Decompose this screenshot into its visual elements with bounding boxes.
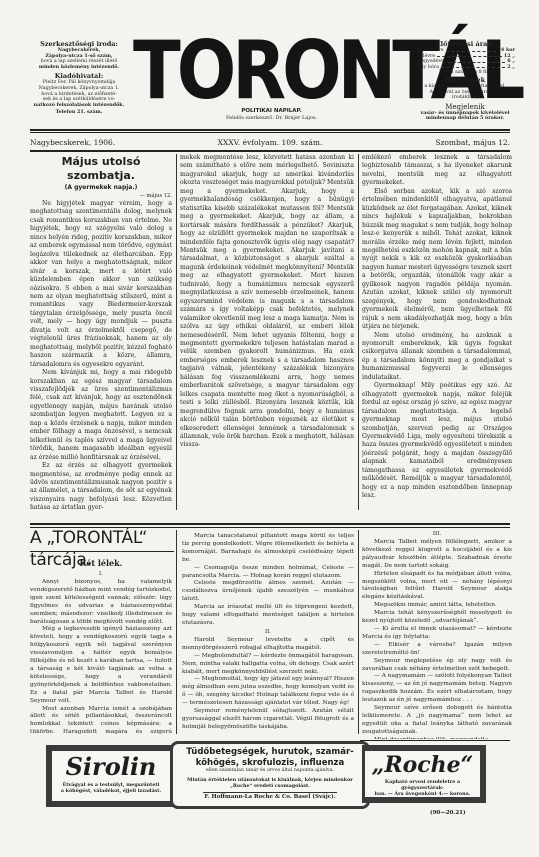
sirolin-advertisement: Sirolin Étvágyat és a testsúlyt, megszün…: [46, 745, 176, 807]
article-paragraph: mekek megmentése lesz, közvetett hatása …: [180, 154, 354, 450]
roche-medicine-advertisement: Tüdőbetegségek, hurutok, szamár- köhögés…: [170, 741, 370, 809]
part-numeral: II.: [182, 628, 354, 637]
phone-number: Telefon 21. szám.: [24, 110, 134, 116]
publisher-line: natkozó felszólalások intézendők.: [24, 103, 134, 109]
part-numeral: I.: [30, 570, 172, 579]
story-paragraph: Mint dzsentlmenhez illik, meggondolta: [362, 737, 512, 739]
price-value: 2 „: [507, 65, 515, 71]
story-paragraph: — Csomagolja össze minden holmimat, Cele…: [182, 565, 354, 581]
newspaper-subtitle: POLITIKAI NAPILAP.: [133, 107, 410, 115]
ad-line: „Roche“ eredeti csomagolást.: [173, 783, 367, 789]
feuilleton-column-1: Két lélek. I. Annyi bizonyos, ha valamel…: [30, 556, 172, 736]
masthead-rule: [30, 129, 510, 131]
editorial-office-line: minden közlemény intézendő.: [24, 65, 134, 71]
article-paragraph: Gyermeknap! Mily poétikus egy szó. Az el…: [362, 382, 512, 500]
story-paragraph: — A nagymamám — szólott folyékonyan Talb…: [362, 673, 512, 705]
story-paragraph: Hirtelen elsápadt és ha módjában állott …: [362, 571, 512, 603]
column-divider: [176, 154, 177, 510]
story-paragraph: Seymour szíve erősen dobogott és bántott…: [362, 705, 512, 737]
column-divider: [176, 530, 177, 734]
feuilleton-column-3: III. Marcia Talbot mélyen föllélegzett, …: [362, 530, 512, 739]
story-paragraph: Annyi bizonyos, ha valamelyik vendégszer…: [30, 579, 172, 626]
ad-headline: köhögés, skrofulozis, influenza: [173, 758, 367, 769]
story-paragraph: Marcia Talbot mélyen föllélegzett, amiko…: [362, 539, 512, 571]
story-paragraph: — Ki árulta el önnek utazásomat? — kérde…: [362, 626, 512, 642]
editorial-office-box: Szerkesztőségi iroda: Nagybecskerek, Záp…: [24, 40, 134, 116]
story-paragraph: Megszökni immár, amint látta, lehetetlen…: [362, 602, 512, 610]
story-paragraph: — Megbolondultál? — kérdezte önmagától h…: [182, 653, 354, 677]
story-paragraph: Még a legkevesebb igényű háziasszony azt…: [30, 626, 172, 705]
story-paragraph: Seymour meglepetése ép oly nagy volt és …: [362, 658, 512, 674]
price-label: Egy hóra: [417, 65, 439, 71]
article-paragraph: Nem kívánjuk mi, hogy a mai ridegebb kor…: [30, 369, 172, 462]
ad-headline: Tüdőbetegségek, hurutok, szamár-: [173, 747, 367, 758]
feuilleton-column-2: Marcia tanácstalanul pillantott maga kör…: [182, 533, 354, 735]
article-column-1: Május utolsó szombatja. (A gyermekek nap…: [30, 153, 172, 513]
ad-maker: F. Hoffmann-La Roche & Co. Basel (Svájc)…: [203, 792, 337, 800]
story-paragraph: Celeste megdörzsölte álmos szemét. Azutá…: [182, 580, 354, 604]
masthead-subtitle-block: POLITIKAI NAPILAP. Felelős szerkesztő: D…: [133, 107, 410, 122]
roche-brand: „Roche“: [365, 751, 480, 779]
sirolin-brand: Sirolin: [52, 752, 170, 782]
datebar-rule: [30, 150, 510, 152]
ads-rule: [360, 740, 510, 741]
story-paragraph: Marcia tehát kényszerűségből mosolygott …: [362, 610, 512, 626]
article-title: Május utolsó szombatja.: [30, 155, 172, 183]
ads-line: irodákban.: [415, 95, 515, 101]
story-paragraph: Most azonban Marcia ismét a szobájában á…: [30, 706, 172, 737]
story-title: Két lélek.: [30, 556, 172, 570]
article-paragraph: Első sorban azokat, kik a szó szoros ért…: [362, 188, 512, 332]
editor-line: Felelős szerkesztő: Dr. Brájer Lajos.: [133, 115, 410, 122]
weekday-date: Szombat, május 12.: [435, 137, 510, 149]
ad-code: (90—20.21): [430, 810, 466, 816]
column-divider: [358, 154, 359, 510]
roche-brand-advertisement: „Roche“ Kapható orvosi rendeletre a gyóg…: [362, 745, 486, 803]
date-bar: Nagybecskerek, 1906. XXXV. évfolyam. 109…: [30, 137, 510, 149]
story-paragraph: — Megbomoltál, hogy így játszol egy leán…: [182, 676, 354, 708]
article-paragraph: Nem utolsó eredmény, ha azoknak a nyomor…: [362, 332, 512, 383]
roche-line: ban. — Ára üvegenként 4.— korona.: [365, 791, 480, 797]
article-subtitle: (A gyermekek napja.): [30, 183, 172, 192]
article-paragraph: Ez az érzés az elhagyott gyermekek megme…: [30, 462, 172, 513]
publisher-line: Nagybecskerek, Zápolya-utcza 1.: [24, 86, 134, 92]
newspaper-title: TORONTÁL: [133, 28, 410, 113]
ads-line: a kiadóhivatalban fogadtatnak el.: [415, 84, 515, 90]
article-dateline: — május 12.: [30, 192, 172, 200]
story-paragraph: — Elkisér a városba? Igazán milyen szere…: [362, 642, 512, 658]
article-paragraph: Ne higyjétek magyar véreim, hogy a megha…: [30, 200, 172, 369]
article-column-2: mekek megmentése lesz, közvetett hatása …: [180, 154, 354, 512]
article-column-3: emlékező emberek lesznek a társadalom le…: [362, 154, 512, 512]
part-numeral: III.: [362, 530, 512, 539]
roche-line: Kapható orvosi rendeletre a gyógyszertár…: [365, 779, 480, 791]
story-paragraph: Seymour reménytelenül sóhajtozott. Azutá…: [182, 708, 354, 732]
masthead-rule-thin: [30, 132, 510, 133]
story-paragraph: Marcia az íróasztal mellé ült és töpreng…: [182, 604, 354, 628]
story-paragraph: Marcia tanácstalanul pillantott maga kör…: [182, 533, 354, 565]
subscription-box: Előfizetési árak: Egész évre24 kor Félév…: [415, 40, 515, 122]
ads-title: Hirdetések: [415, 76, 515, 84]
column-divider: [358, 530, 359, 734]
ad-line: ellen számtalan tanár és orvos által nap…: [173, 768, 367, 774]
feuilleton-header-rule: [30, 551, 174, 552]
article-paragraph: emlékező emberek lesznek a társadalom le…: [362, 154, 512, 188]
story-paragraph: Harold Seymour levetette a cipőt és menn…: [182, 637, 354, 653]
section-rule: [30, 523, 510, 525]
sirolin-line: a köhögést, váladékot, éjjeli izzadást.: [52, 788, 170, 794]
appears-line: mindennap délután 5 órakor.: [415, 116, 515, 122]
